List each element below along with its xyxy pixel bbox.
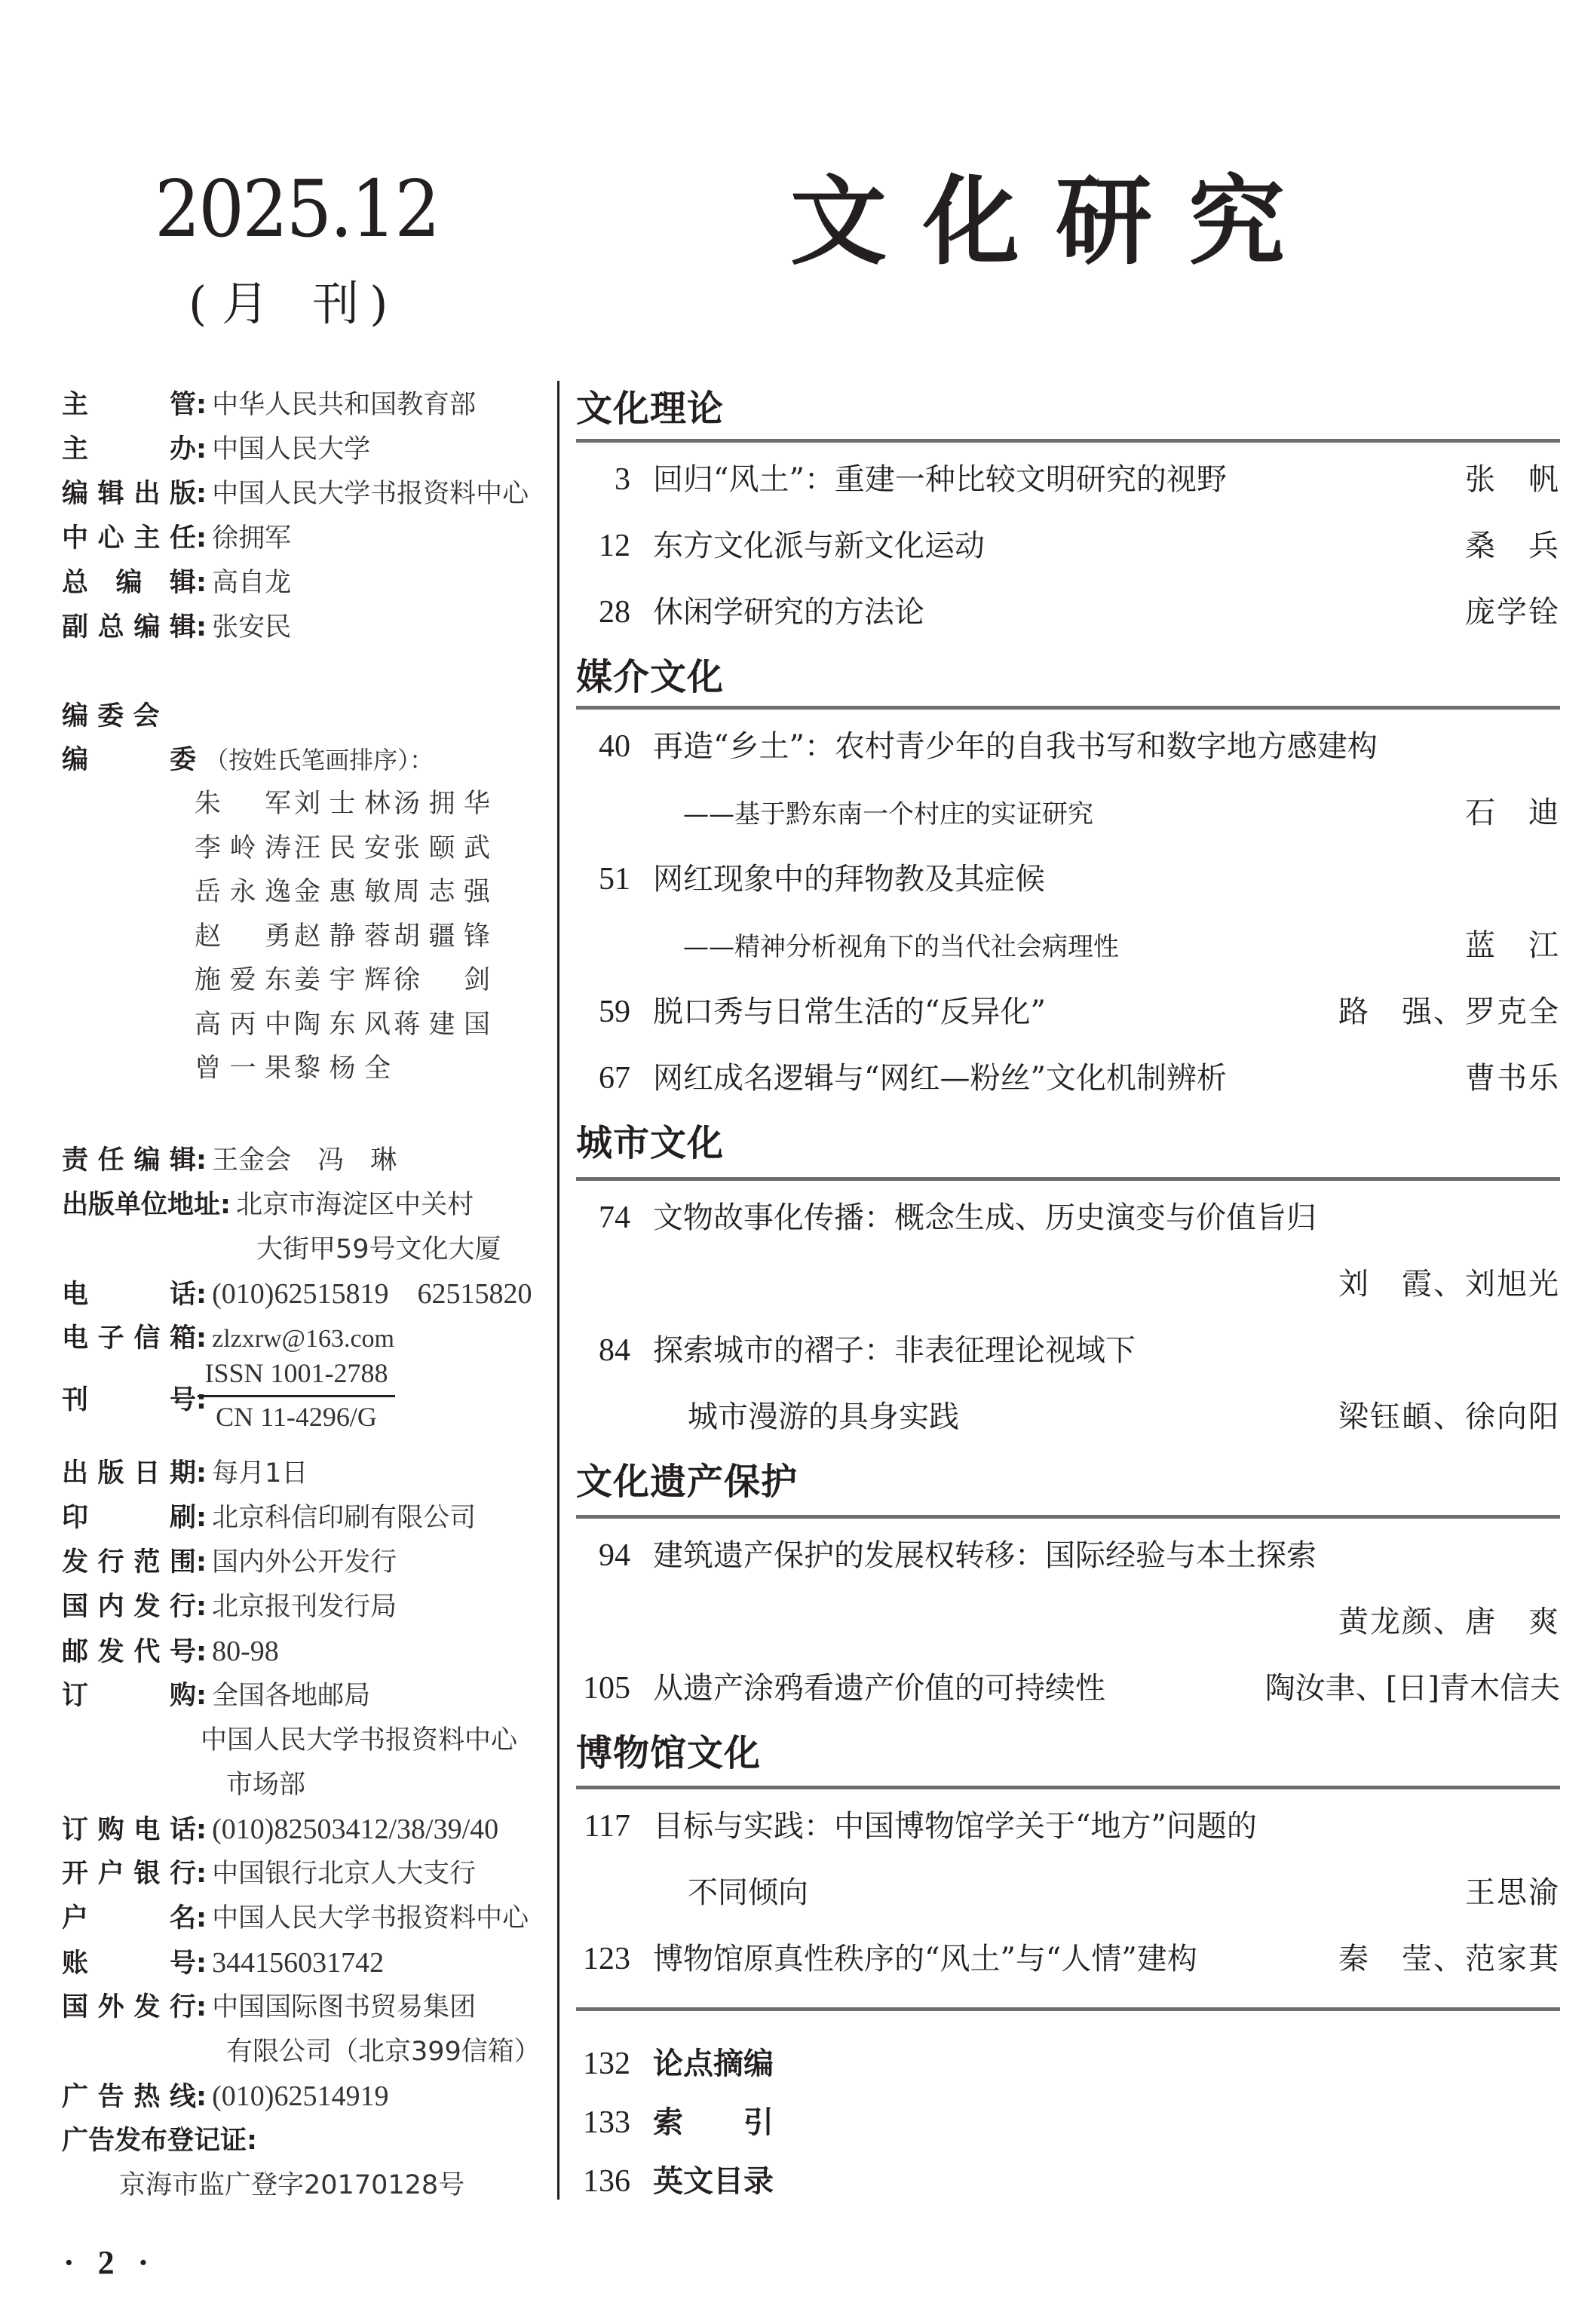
board-row: 赵 勇赵静蓉胡疆锋 bbox=[195, 915, 493, 959]
masthead-row: 主 管: 中华人民共和国教育部 bbox=[62, 388, 476, 422]
colon: : bbox=[196, 433, 204, 466]
section-title: 博物馆文化 bbox=[576, 1732, 761, 1774]
masthead-row-cont: 大街甲59号文化大厦 bbox=[256, 1233, 501, 1266]
colon: : bbox=[196, 1902, 204, 1935]
value: 徐拥军 bbox=[212, 523, 291, 553]
article-title: 目标与实践：中国博物馆学关于“地方”问题的 bbox=[653, 1807, 1257, 1845]
toc-entry[interactable]: 28休闲学研究的方法论庞学铨 bbox=[576, 593, 1560, 631]
section-title: 文化理论 bbox=[576, 388, 724, 430]
label: 订购电话 bbox=[62, 1814, 196, 1847]
masthead-row: 出版日期: 每月1日 bbox=[62, 1457, 308, 1490]
board-heading: 编 委 会 bbox=[62, 700, 159, 733]
article-title: 文物故事化传播：概念生成、历史演变与价值旨归 bbox=[653, 1199, 1317, 1237]
value: 中国人民大学书报资料中心 bbox=[201, 1725, 517, 1755]
board-member: 曾一果 bbox=[195, 1047, 291, 1091]
label: 编 委 bbox=[62, 743, 196, 777]
label: 广告热线 bbox=[62, 2080, 196, 2114]
issn-number: ISSN 1001-2788 bbox=[198, 1357, 395, 1389]
page-number: 133 bbox=[583, 2104, 630, 2142]
toc-entry[interactable]: 12东方文化派与新文化运动桑 兵 bbox=[576, 527, 1560, 565]
extra-label: 索 引 bbox=[653, 2104, 774, 2142]
value: 张安民 bbox=[212, 612, 291, 642]
colon: : bbox=[220, 1188, 228, 1222]
value: 中国人民大学 bbox=[212, 434, 370, 464]
label: 刊 号 bbox=[62, 1384, 196, 1417]
colon: : bbox=[196, 522, 204, 555]
label: 印 刷 bbox=[62, 1501, 196, 1535]
toc-entry-author[interactable]: 刘 霞、刘旭光 bbox=[576, 1265, 1560, 1303]
publication-frequency: (月刊) bbox=[189, 281, 389, 327]
board-member: 胡疆锋 bbox=[394, 915, 490, 959]
page-number: 105 bbox=[583, 1669, 630, 1707]
value: 中国银行北京人大支行 bbox=[212, 1859, 476, 1889]
colon: : bbox=[196, 1814, 204, 1847]
label: 编 委 会 bbox=[62, 701, 159, 731]
article-author: 曹书乐 bbox=[1465, 1059, 1560, 1097]
value: 高自龙 bbox=[212, 568, 291, 598]
value: 大街甲59号文化大厦 bbox=[256, 1234, 501, 1265]
value: 中国人民大学书报资料中心 bbox=[212, 1903, 529, 1933]
section-title: 城市文化 bbox=[576, 1122, 724, 1164]
colon: : bbox=[196, 1636, 204, 1669]
board-row: 高丙中陶东风蒋建国 bbox=[195, 1003, 493, 1047]
colon: : bbox=[196, 1278, 204, 1311]
page-number: 136 bbox=[583, 2163, 630, 2200]
masthead-row-cont: 京海市监广登字20170128号 bbox=[119, 2169, 464, 2202]
masthead-row: 印 刷: 北京科信印刷有限公司 bbox=[62, 1501, 476, 1535]
label: 中心主任 bbox=[62, 522, 196, 555]
toc-entry[interactable]: 67网红成名逻辑与“网红—粉丝”文化机制辨析曹书乐 bbox=[576, 1059, 1560, 1097]
board-member: 陶东风 bbox=[294, 1003, 391, 1047]
value: (010)82503412/38/39/40 bbox=[212, 1814, 498, 1845]
page-number: 59 bbox=[599, 993, 630, 1031]
value: 王金会 冯 琳 bbox=[212, 1145, 397, 1176]
value: (010)62514919 bbox=[212, 2080, 388, 2112]
board-member: 岳永逸 bbox=[195, 870, 291, 915]
masthead-row: 主 办: 中国人民大学 bbox=[62, 433, 370, 466]
value: 有限公司（北京399信箱） bbox=[226, 2037, 541, 2067]
toc-entry[interactable]: 3回归“风土”：重建一种比较文明研究的视野张 帆 bbox=[576, 461, 1560, 498]
masthead-row: 户 名: 中国人民大学书报资料中心 bbox=[62, 1902, 529, 1935]
value: 中国国际图书贸易集团 bbox=[212, 1992, 476, 2022]
page-number: 123 bbox=[583, 1940, 630, 1978]
masthead-row: 电 话: (010)62515819 62515820 bbox=[62, 1277, 532, 1311]
page-number: 132 bbox=[583, 2045, 630, 2083]
masthead-row: 刊 号: bbox=[62, 1384, 204, 1417]
board-member: 徐 剑 bbox=[394, 958, 490, 1003]
article-subtitle: ——精神分析视角下的当代社会病理性 bbox=[683, 928, 1119, 966]
board-row: 岳永逸金惠敏周志强 bbox=[195, 870, 493, 915]
masthead-row: 发行范围: 国内外公开发行 bbox=[62, 1546, 397, 1579]
colon: : bbox=[196, 611, 204, 644]
board-member: 汤拥华 bbox=[394, 782, 490, 826]
article-author: 刘 霞、刘旭光 bbox=[1338, 1265, 1560, 1303]
masthead-row: 账 号: 344156031742 bbox=[62, 1946, 384, 1980]
page-number-footer: · 2 · bbox=[63, 2243, 156, 2282]
article-title-cont: 城市漫游的具身实践 bbox=[688, 1398, 959, 1436]
board-row: 李岭涛汪民安张颐武 bbox=[195, 826, 493, 871]
extra-label: 论点摘编 bbox=[653, 2045, 774, 2083]
value: 市场部 bbox=[226, 1770, 305, 1800]
article-author: 桑 兵 bbox=[1465, 527, 1560, 565]
colon: : bbox=[196, 1457, 204, 1490]
article-title: 东方文化派与新文化运动 bbox=[653, 527, 985, 565]
label: 国外发行 bbox=[62, 1991, 196, 2024]
toc-entry[interactable]: 74文物故事化传播：概念生成、历史演变与价值旨归 bbox=[576, 1199, 1560, 1237]
board-member: 赵 勇 bbox=[195, 915, 291, 959]
label: 广告发布登记证 bbox=[62, 2126, 247, 2156]
article-title: 探索城市的褶子：非表征理论视域下 bbox=[653, 1332, 1136, 1369]
toc-entry[interactable]: 40再造“乡土”：农村青少年的自我书写和数字地方感建构 bbox=[576, 728, 1560, 765]
section-rule bbox=[576, 706, 1560, 710]
article-subtitle: ——基于黔东南一个村庄的实证研究 bbox=[683, 796, 1093, 833]
value: 全国各地邮局 bbox=[212, 1681, 370, 1711]
page-number: 117 bbox=[584, 1807, 630, 1845]
page-number: 3 bbox=[615, 461, 630, 498]
journal-title: 文化研究 bbox=[790, 173, 1321, 270]
colon: : bbox=[196, 388, 204, 422]
column-divider bbox=[557, 381, 559, 2200]
masthead-row: 广告热线: (010)62514919 bbox=[62, 2080, 388, 2114]
frequency-char-1: 月 bbox=[222, 281, 270, 327]
page-number: 51 bbox=[599, 860, 630, 898]
masthead-row: 广告发布登记证: bbox=[62, 2124, 254, 2157]
article-author: 陶汝聿、[日]青木信夫 bbox=[1265, 1669, 1560, 1707]
toc-entry[interactable]: 51网红现象中的拜物教及其症候 bbox=[576, 860, 1560, 898]
label: 发行范围 bbox=[62, 1546, 196, 1579]
section-rule bbox=[576, 1515, 1560, 1519]
toc-entry[interactable]: 59脱口秀与日常生活的“反异化”路 强、罗克全 bbox=[576, 993, 1560, 1031]
board-member: 朱 军 bbox=[195, 782, 291, 826]
value: 北京市海淀区中关村 bbox=[236, 1190, 474, 1220]
toc-entry-author[interactable]: 黄龙颜、唐 爽 bbox=[576, 1603, 1560, 1641]
label: 主 办 bbox=[62, 433, 196, 466]
article-title: 网红现象中的拜物教及其症候 bbox=[653, 860, 1045, 898]
board-member: 周志强 bbox=[394, 870, 490, 915]
board-member: 蒋建国 bbox=[394, 1003, 490, 1047]
page-number: 28 bbox=[599, 593, 630, 631]
article-title: 脱口秀与日常生活的“反异化” bbox=[653, 993, 1046, 1031]
value: 国内外公开发行 bbox=[212, 1547, 397, 1577]
label: 编辑出版 bbox=[62, 477, 196, 510]
article-author: 梁钰頔、徐向阳 bbox=[1338, 1398, 1560, 1436]
section-rule bbox=[576, 1177, 1560, 1181]
board-member: 汪民安 bbox=[294, 826, 391, 871]
toc-entry-sub[interactable]: ——精神分析视角下的当代社会病理性蓝 江 bbox=[576, 927, 1560, 964]
section-title: 文化遗产保护 bbox=[576, 1461, 798, 1503]
masthead-row-cont: 有限公司（北京399信箱） bbox=[226, 2035, 541, 2068]
label: 出版日期 bbox=[62, 1457, 196, 1490]
label: 出版单位地址 bbox=[62, 1190, 220, 1220]
label: 主 管 bbox=[62, 388, 196, 422]
board-member: 高丙中 bbox=[195, 1003, 291, 1047]
masthead-row: 责任编辑: 王金会 冯 琳 bbox=[62, 1144, 397, 1177]
value: 中华人民共和国教育部 bbox=[212, 390, 476, 420]
toc-entry-sub[interactable]: ——基于黔东南一个村庄的实证研究石 迪 bbox=[576, 794, 1560, 832]
masthead-row: 出版单位地址: 北京市海淀区中关村 bbox=[62, 1188, 474, 1222]
section-rule bbox=[576, 439, 1560, 443]
board-member: 李岭涛 bbox=[195, 826, 291, 871]
colon: : bbox=[196, 1322, 204, 1355]
article-author: 张 帆 bbox=[1465, 461, 1560, 498]
colon: : bbox=[196, 1991, 204, 2024]
label: 电 话 bbox=[62, 1278, 196, 1311]
email-value[interactable]: zlzxrw@163.com bbox=[212, 1325, 394, 1353]
value: 京海市监广登字20170128号 bbox=[119, 2170, 464, 2200]
article-author: 庞学铨 bbox=[1465, 593, 1560, 631]
frequency-char-2: 刊 bbox=[312, 281, 360, 327]
masthead-row: 订 购: 全国各地邮局 bbox=[62, 1679, 370, 1712]
article-title: 网红成名逻辑与“网红—粉丝”文化机制辨析 bbox=[653, 1059, 1227, 1097]
masthead-row-cont: 中国人民大学书报资料中心 bbox=[201, 1724, 517, 1757]
article-title: 休闲学研究的方法论 bbox=[653, 593, 924, 631]
page-number: 67 bbox=[599, 1059, 630, 1097]
value: 344156031742 bbox=[212, 1947, 384, 1979]
label: 责任编辑 bbox=[62, 1144, 196, 1177]
colon: : bbox=[196, 1501, 204, 1535]
section-rule bbox=[576, 1786, 1560, 1789]
board-member: 施爱东 bbox=[195, 958, 291, 1003]
colon: : bbox=[247, 2124, 254, 2157]
article-title: 博物馆原真性秩序的“风土”与“人情”建构 bbox=[653, 1940, 1197, 1978]
article-title: 从遗产涂鸦看遗产价值的可持续性 bbox=[653, 1669, 1105, 1707]
phone-value: (010)62515819 62515820 bbox=[212, 1278, 532, 1310]
board-member: 金惠敏 bbox=[294, 870, 391, 915]
board-member: 刘士林 bbox=[294, 782, 391, 826]
masthead-row: 邮发代号: 80-98 bbox=[62, 1635, 279, 1669]
board-member: 黎杨全 bbox=[294, 1047, 391, 1091]
colon: : bbox=[196, 566, 204, 599]
issn-fraction-line bbox=[198, 1395, 395, 1397]
label: 订 购 bbox=[62, 1679, 196, 1712]
label: 总 编 辑 bbox=[62, 566, 196, 599]
page-number: 12 bbox=[599, 527, 630, 565]
label: 账 号 bbox=[62, 1947, 196, 1980]
article-title: 再造“乡土”：农村青少年的自我书写和数字地方感建构 bbox=[653, 728, 1378, 765]
article-author: 黄龙颜、唐 爽 bbox=[1338, 1603, 1560, 1641]
board-sort-note: （按姓氏笔画排序）： bbox=[204, 746, 434, 774]
value: 80-98 bbox=[212, 1636, 279, 1667]
extras-rule bbox=[576, 2007, 1560, 2011]
article-author: 秦 莹、范家萁 bbox=[1338, 1940, 1560, 1978]
article-author: 路 强、罗克全 bbox=[1338, 993, 1560, 1031]
masthead-row: 编辑出版: 中国人民大学书报资料中心 bbox=[62, 477, 529, 510]
label: 户 名 bbox=[62, 1902, 196, 1935]
article-title: 回归“风土”：重建一种比较文明研究的视野 bbox=[653, 461, 1227, 498]
toc-entry[interactable]: 84探索城市的褶子：非表征理论视域下 bbox=[576, 1332, 1560, 1369]
toc-entry[interactable]: 94建筑遗产保护的发展权转移：国际经验与本土探索 bbox=[576, 1537, 1560, 1574]
toc-entry-cont[interactable]: 不同倾向王思渝 bbox=[576, 1874, 1560, 1912]
masthead-row: 开户银行: 中国银行北京人大支行 bbox=[62, 1857, 476, 1890]
cn-number: CN 11-4296/G bbox=[198, 1401, 395, 1433]
article-title-cont: 不同倾向 bbox=[688, 1874, 808, 1912]
colon: : bbox=[196, 1857, 204, 1890]
masthead-row: 国外发行: 中国国际图书贸易集团 bbox=[62, 1991, 476, 2024]
board-member: 张颐武 bbox=[394, 826, 490, 871]
label: 邮发代号 bbox=[62, 1636, 196, 1669]
label: 电子信箱 bbox=[62, 1322, 196, 1355]
masthead-row: 订购电话: (010)82503412/38/39/40 bbox=[62, 1813, 498, 1847]
masthead-row: 国内发行: 北京报刊发行局 bbox=[62, 1590, 397, 1623]
board-row: 施爱东姜宇辉徐 剑 bbox=[195, 958, 493, 1003]
extra-label: 英文目录 bbox=[653, 2163, 774, 2200]
page-number: 74 bbox=[599, 1199, 630, 1237]
page-number: 94 bbox=[599, 1537, 630, 1574]
masthead-row: 电子信箱: zlzxrw@163.com bbox=[62, 1322, 394, 1356]
paren-close: ) bbox=[369, 281, 389, 327]
value: 北京科信印刷有限公司 bbox=[212, 1503, 476, 1533]
toc-entry[interactable]: 117目标与实践：中国博物馆学关于“地方”问题的 bbox=[576, 1807, 1560, 1845]
board-label-row: 编 委 （按姓氏笔画排序）： bbox=[62, 743, 434, 777]
colon: : bbox=[196, 1947, 204, 1980]
article-author: 石 迪 bbox=[1465, 794, 1560, 832]
masthead-row: 中心主任: 徐拥军 bbox=[62, 522, 291, 555]
board-row: 曾一果黎杨全 bbox=[195, 1047, 493, 1091]
masthead-row-cont: 市场部 bbox=[226, 1768, 305, 1801]
colon: : bbox=[196, 2080, 204, 2114]
toc-entry[interactable]: 123博物馆原真性秩序的“风土”与“人情”建构秦 莹、范家萁 bbox=[576, 1940, 1560, 1978]
colon: : bbox=[196, 1590, 204, 1623]
page-number: 40 bbox=[599, 728, 630, 765]
value: 中国人民大学书报资料中心 bbox=[212, 479, 529, 509]
masthead-row: 总 编 辑: 高自龙 bbox=[62, 566, 291, 599]
page-number: 84 bbox=[599, 1332, 630, 1369]
article-author: 王思渝 bbox=[1465, 1874, 1560, 1912]
board-member: 赵静蓉 bbox=[294, 915, 391, 959]
toc-entry[interactable]: 105从遗产涂鸦看遗产价值的可持续性陶汝聿、[日]青木信夫 bbox=[576, 1669, 1560, 1707]
colon: : bbox=[196, 477, 204, 510]
board-row: 朱 军刘士林汤拥华 bbox=[195, 782, 493, 826]
value: 北京报刊发行局 bbox=[212, 1592, 397, 1622]
board-member-list: 朱 军刘士林汤拥华 李岭涛汪民安张颐武 岳永逸金惠敏周志强 赵 勇赵静蓉胡疆锋 … bbox=[195, 782, 493, 1091]
article-title: 建筑遗产保护的发展权转移：国际经验与本土探索 bbox=[653, 1537, 1317, 1574]
article-author: 蓝 江 bbox=[1465, 927, 1560, 964]
colon: : bbox=[196, 1144, 204, 1177]
section-title: 媒介文化 bbox=[576, 656, 724, 698]
paren-open: ( bbox=[189, 281, 208, 327]
toc-entry-cont[interactable]: 城市漫游的具身实践梁钰頔、徐向阳 bbox=[576, 1398, 1560, 1436]
masthead-row: 副总编辑: 张安民 bbox=[62, 611, 291, 644]
label: 开户银行 bbox=[62, 1857, 196, 1890]
label: 国内发行 bbox=[62, 1590, 196, 1623]
value: 每月1日 bbox=[212, 1458, 308, 1489]
colon: : bbox=[196, 1679, 204, 1712]
board-member: 姜宇辉 bbox=[294, 958, 391, 1003]
issue-number: 2025.12 bbox=[155, 170, 438, 248]
label: 副总编辑 bbox=[62, 611, 196, 644]
colon: : bbox=[196, 1546, 204, 1579]
